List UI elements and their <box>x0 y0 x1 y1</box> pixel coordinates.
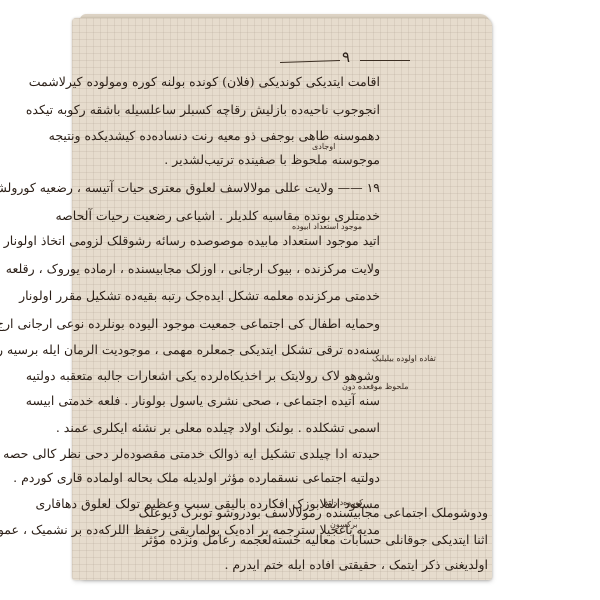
page-number: ٩ <box>342 48 350 66</box>
text-line-5-section-19: ١٩ —— ولایت عللی مولالاسف لعلوق معتری حی… <box>0 180 380 195</box>
text-line-19: ودوشوملک اجتماعی مجابیسنده رمولالاسف بود… <box>139 505 488 520</box>
text-line-1: اقامت ایتدیکی کوندیکی (فلان) کونده بولنه… <box>29 74 380 89</box>
text-line-20: اثنا ایتدیکی جوقانلی حسابات معالیه خسته‌… <box>142 532 488 547</box>
text-line-14: اسمی تشکلده . بولنک اولاد چیلده معلی بر … <box>56 420 380 435</box>
header-rule-left <box>280 60 340 63</box>
text-line-2: انجوجوب ناحیه‌ده بازلیش رقاچه کسبلر ساعل… <box>26 102 380 117</box>
manuscript-page: ٩ اقامت ایتدیکی کوندیکی (فلان) کونده بول… <box>72 18 492 580</box>
text-line-7: اتید موجود استعداد مابیده موصوصده رسائه … <box>4 233 380 248</box>
text-line-8: ولایت مرکزنده ، بیوک ارجانی ، اوزلک مجاب… <box>6 261 380 276</box>
interlinear-note: تفاده اولوده بیلیلیک <box>372 354 436 363</box>
text-line-3: دهموسنه طاهی بوجفی ذو معیه رنت دنساده‌ده… <box>49 128 380 143</box>
text-line-12: وشوهو لاک رولایتک بر اخذیکاه‌لرده یکی اش… <box>26 368 380 383</box>
text-line-6: خدمتلری بونده مقاسیه کلدیلر . اشیاعی رضع… <box>55 208 380 223</box>
text-line-16: دولتیه اجتماعی نسقمارده مؤثر اولدیله ملک… <box>13 470 380 485</box>
text-line-10: وحمایه اطفال کی اجتماعی جمعیت موجود الیو… <box>0 316 380 331</box>
text-line-9: خدمتی مرکزنده معلمه تشکل ایده‌جک رتبه بق… <box>19 288 380 303</box>
interlinear-note: اوجادی <box>312 142 335 151</box>
page-number-header: ٩ <box>272 48 422 68</box>
text-line-15: حیدته ادا چیلدی تشکیل ایه ذوالک خدمتی مق… <box>0 446 380 461</box>
header-rule-right <box>360 60 410 61</box>
interlinear-note: ملحوظ موقعده دون <box>342 382 409 391</box>
text-line-21: اولدیغنی ذکر ایتمک ، حقیقتی افاده ایله خ… <box>224 557 488 572</box>
text-line-4: موجوسنه ملحوظ با صفینده ترتیب‌لشدیر . <box>164 152 380 167</box>
interlinear-note: موجود استعداد ابیوده <box>292 222 362 231</box>
text-line-11: سنه‌ده ترقی تشکل ایتدیکی جمعلره مهمی ، م… <box>0 342 380 357</box>
interlinear-note: برکسون <box>330 520 358 529</box>
text-line-13: سنه آتیده اجتماعی ، صحی نشری یاسول بولون… <box>26 393 380 408</box>
